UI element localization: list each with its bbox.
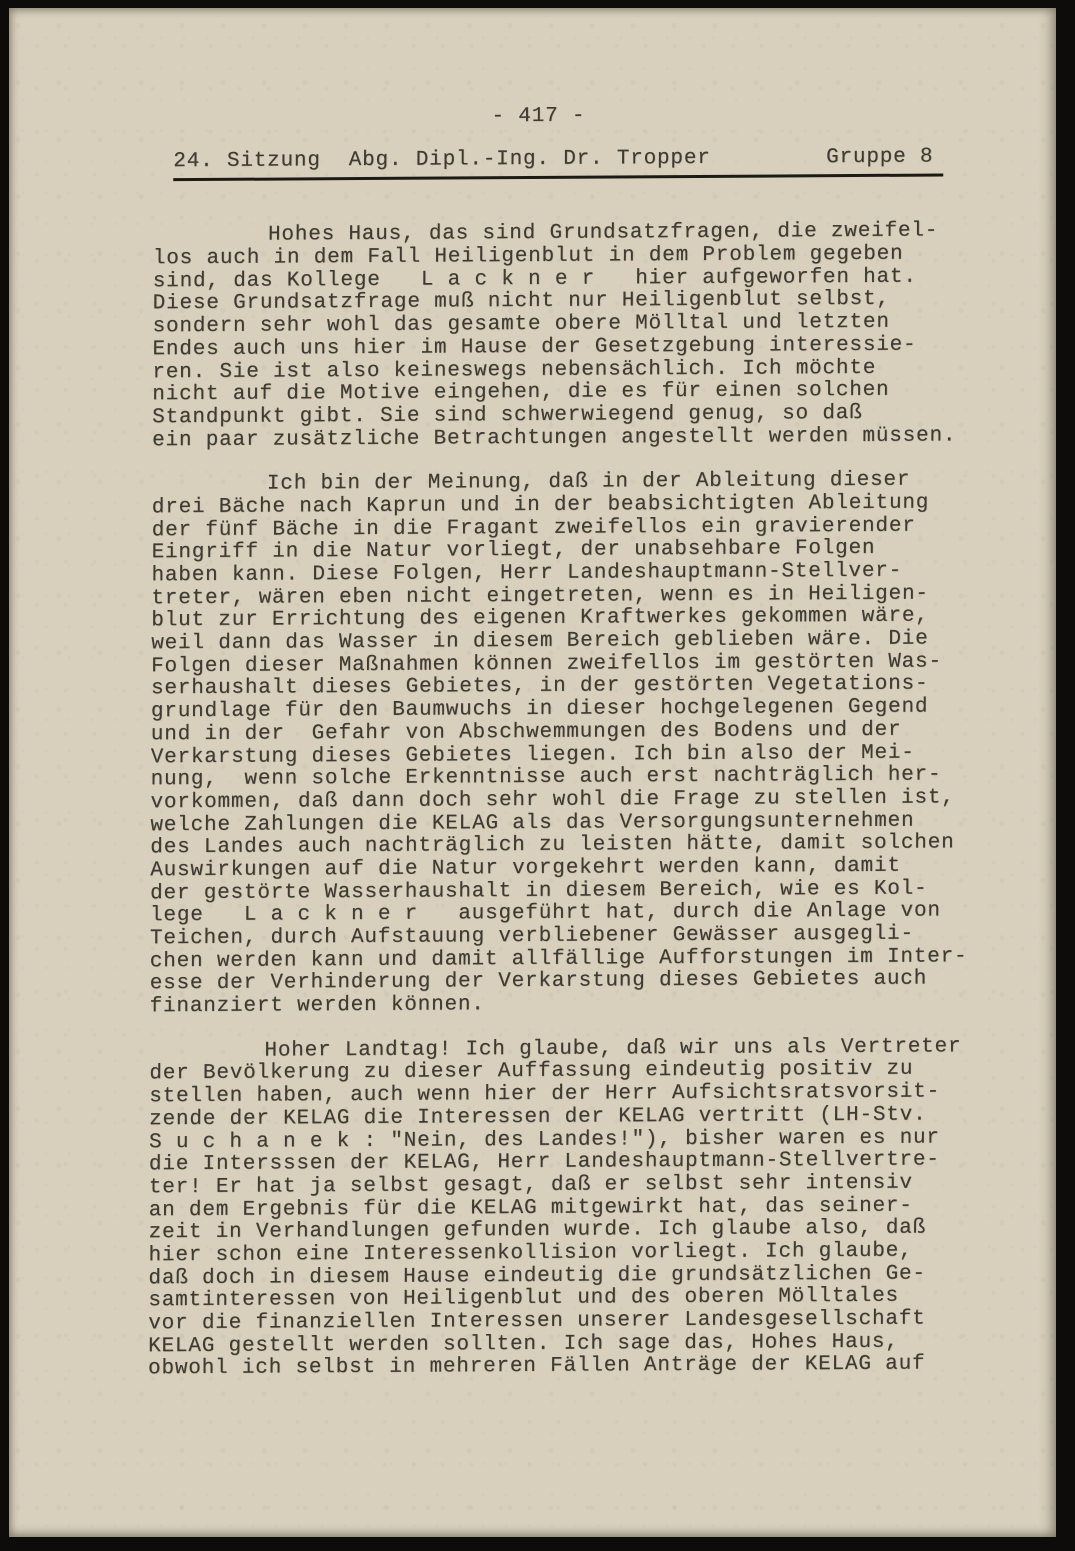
text-line: finanziert werden können. [150, 991, 1052, 1019]
text-line: ein paar zusätzliche Betrachtungen anges… [152, 424, 1054, 452]
page-header: 24. Sitzung Abg. Dipl.-Ing. Dr. Tropper … [173, 146, 943, 181]
page-number: - 417 - [491, 103, 1055, 129]
header-session-label: 24. Sitzung [173, 150, 321, 174]
header-group-label: Gruppe 8 [826, 146, 933, 169]
speech-text: Hohes Haus, das sind Grundsatzfragen, di… [148, 220, 1055, 1381]
page-content: - 417 - 24. Sitzung Abg. Dipl.-Ing. Dr. … [3, 5, 1056, 1404]
text-line: obwohl ich selbst in mehreren Fällen Ant… [148, 1353, 1050, 1381]
paragraph: Ich bin der Meinung, daß in der Ableitun… [150, 469, 1054, 1019]
document-page: - 417 - 24. Sitzung Abg. Dipl.-Ing. Dr. … [9, 8, 1056, 1537]
paragraph: Hoher Landtag! Ich glaube, daß wir uns a… [148, 1036, 1052, 1382]
paragraph: Hohes Haus, das sind Grundsatzfragen, di… [152, 220, 1055, 452]
scan-frame: - 417 - 24. Sitzung Abg. Dipl.-Ing. Dr. … [0, 0, 1075, 1551]
header-speaker-label: Abg. Dipl.-Ing. Dr. Tropper [349, 148, 711, 173]
